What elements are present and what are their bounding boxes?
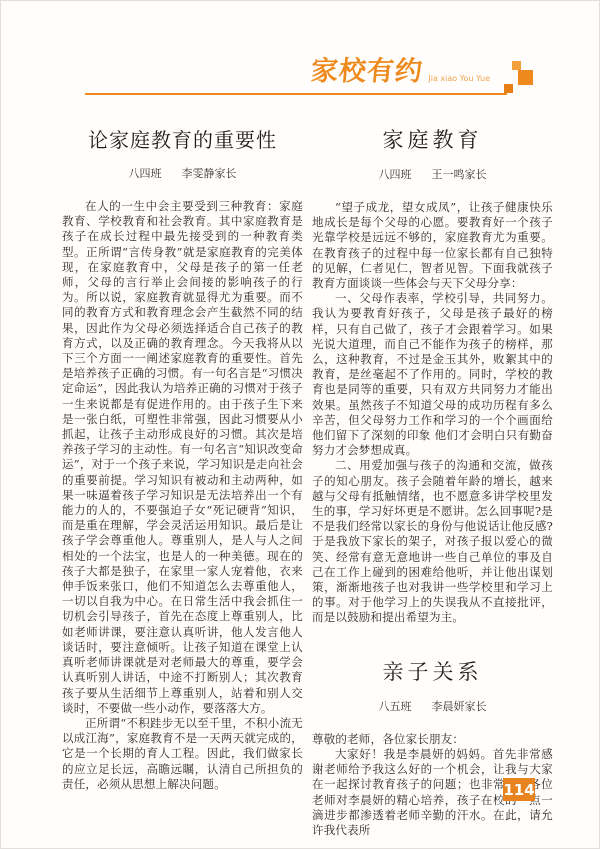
article-byline: 八五班李晨妍家长 (312, 698, 553, 714)
article-importance-of-family-education: 论家庭教育的重要性 八四班李雯静家长 在人的一生中会主要受到三种教育：家庭教育、… (62, 124, 303, 792)
page-number-badge: 114 (503, 778, 535, 801)
byline-class: 八五班 (379, 700, 412, 713)
paragraph: 正所谓“不积跬步无以至千里，不积小流无以成江海”，家庭教育不是一天两天就完成的，… (62, 716, 303, 792)
article-body: 在人的一生中会主要受到三种教育：家庭教育、学校教育和社会教育。其中家庭教育是孩子… (62, 199, 303, 792)
byline-author: 李雯静家长 (182, 167, 237, 180)
right-column: 家庭教育 八四班王一鸣家长 “望子成龙，望女成凤”，让孩子健康快乐地成长是每个父… (312, 116, 553, 838)
magazine-page: 家校有约 Jia xiao You Yue 论家庭教育的重要性 八四班李雯静家长… (0, 0, 600, 849)
paragraph: “望子成龙，望女成凤”，让孩子健康快乐地成长是每个父母的心愿。要教育好一个孩子光… (312, 200, 553, 291)
article-title: 论家庭教育的重要性 (62, 124, 303, 153)
article-body: “望子成龙，望女成凤”，让孩子健康快乐地成长是每个父母的心愿。要教育好一个孩子光… (312, 200, 553, 626)
left-column: 论家庭教育的重要性 八四班李雯静家长 在人的一生中会主要受到三种教育：家庭教育、… (62, 116, 303, 792)
brand-pinyin: Jia xiao You Yue (428, 74, 490, 85)
pixel-square-icon (512, 61, 521, 70)
byline-author: 李晨妍家长 (432, 700, 487, 713)
pixel-square-icon (518, 70, 533, 85)
header-rule (85, 93, 507, 95)
byline-class: 八四班 (379, 168, 412, 181)
article-byline: 八四班王一鸣家长 (312, 166, 553, 182)
paragraph: 在人的一生中会主要受到三种教育：家庭教育、学校教育和社会教育。其中家庭教育是孩子… (62, 199, 303, 716)
article-family-education: 家庭教育 八四班王一鸣家长 “望子成龙，望女成凤”，让孩子健康快乐地成长是每个父… (312, 124, 553, 626)
byline-author: 王一鸣家长 (432, 168, 487, 181)
article-byline: 八四班李雯静家长 (62, 165, 303, 181)
magazine-header: 家校有约 Jia xiao You Yue (311, 58, 490, 85)
byline-class: 八四班 (129, 167, 162, 180)
paragraph: 二、用爱加强与孩子的沟通和交流，做孩子的知心朋友。孩子会随着年龄的增长，越来越与… (312, 458, 553, 625)
article-title: 家庭教育 (312, 124, 553, 154)
article-title: 亲子关系 (312, 656, 553, 686)
pixel-square-icon (504, 84, 513, 93)
article-parent-child-relationship: 亲子关系 八五班李晨妍家长 尊敬的老师，各位家长朋友： 大家好！我是李晨妍的妈妈… (312, 656, 553, 838)
brand-wordmark: 家校有约 (310, 58, 424, 85)
paragraph: 一、父母作表率，学校引导，共同努力。我认为要教育好孩子，父母是孩子最好的榜样，只… (312, 291, 553, 458)
salutation: 尊敬的老师，各位家长朋友： (312, 732, 553, 747)
